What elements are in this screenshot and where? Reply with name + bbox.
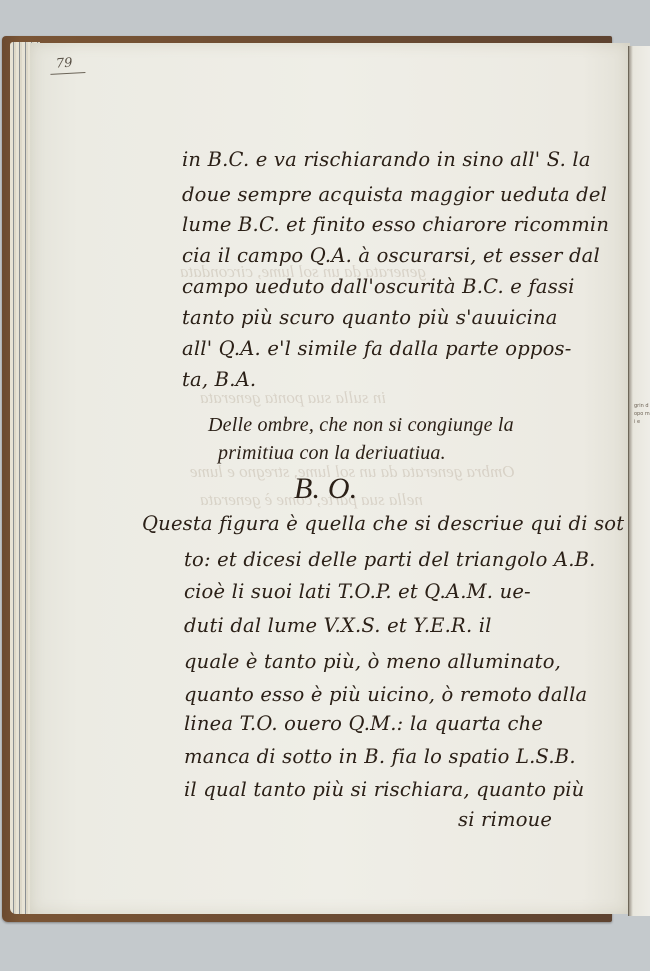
manuscript-page: [30, 43, 630, 914]
folio-number: 79: [50, 55, 85, 75]
facing-page-margin-note: grin dopo mi e: [634, 402, 650, 426]
facing-page-edge: [628, 46, 650, 916]
